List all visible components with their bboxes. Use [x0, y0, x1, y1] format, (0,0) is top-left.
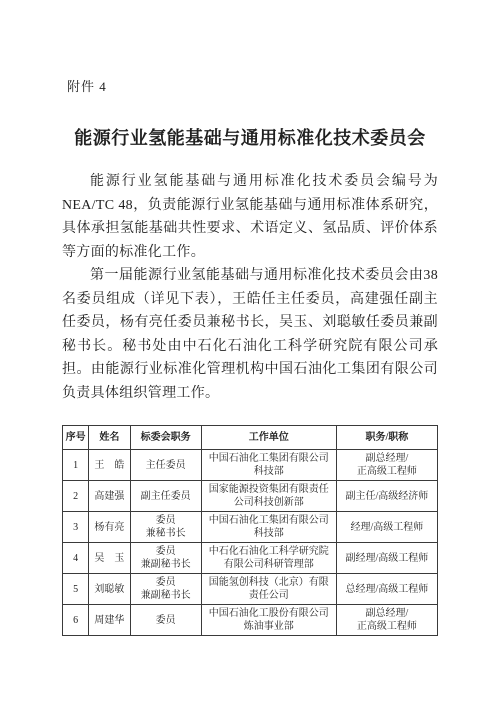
cell-serial-number: 4: [63, 543, 89, 574]
paragraph-committee-intro: 能源行业氢能基础与通用标准化技术委员会编号为NEA/TC 48，负责能源行业氢能…: [62, 170, 438, 264]
document-title: 能源行业氢能基础与通用标准化技术委员会: [62, 124, 438, 150]
cell-job-title: 副总经理/ 正高级工程师: [336, 450, 437, 481]
cell-work-unit: 中国石油化工股份有限公司 炼油事业部: [201, 605, 336, 636]
cell-work-unit: 中国石油化工集团有限公司 科技部: [201, 450, 336, 481]
cell-name: 高建强: [89, 481, 130, 512]
table-row: 4 吴 玉 委员 兼副秘书长 中石化石油化工科学研究院 有限公司科研管理部 副经…: [63, 543, 438, 574]
cell-name: 刘聪敏: [89, 574, 130, 605]
cell-job-title: 总经理/高级工程师: [336, 574, 437, 605]
header-name: 姓名: [89, 426, 130, 450]
cell-committee-position: 委员: [130, 605, 201, 636]
committee-member-table: 序号 姓名 标委会职务 工作单位 职务/职称 1 王 皓 主任委员 中国石油化工…: [62, 425, 438, 636]
body-text: 能源行业氢能基础与通用标准化技术委员会编号为NEA/TC 48，负责能源行业氢能…: [62, 170, 438, 405]
document-page: 附件 4 能源行业氢能基础与通用标准化技术委员会 能源行业氢能基础与通用标准化技…: [0, 0, 500, 707]
cell-committee-position: 委员 兼副秘书长: [130, 543, 201, 574]
cell-committee-position: 主任委员: [130, 450, 201, 481]
cell-job-title: 副总经理/ 正高级工程师: [336, 605, 437, 636]
attachment-label: 附件 4: [67, 76, 438, 95]
cell-job-title: 经理/高级工程师: [336, 512, 437, 543]
paragraph-committee-membership: 第一届能源行业氢能基础与通用标准化技术委员会由38名委员组成（详见下表），王皓任…: [62, 264, 438, 405]
cell-name: 吴 玉: [89, 543, 130, 574]
table-row: 6 周建华 委员 中国石油化工股份有限公司 炼油事业部 副总经理/ 正高级工程师: [63, 605, 438, 636]
cell-committee-position: 委员 兼副秘书长: [130, 574, 201, 605]
cell-serial-number: 1: [63, 450, 89, 481]
table-row: 1 王 皓 主任委员 中国石油化工集团有限公司 科技部 副总经理/ 正高级工程师: [63, 450, 438, 481]
cell-job-title: 副主任/高级经济师: [336, 481, 437, 512]
cell-name: 杨有亮: [89, 512, 130, 543]
cell-work-unit: 中石化石油化工科学研究院 有限公司科研管理部: [201, 543, 336, 574]
cell-committee-position: 委员 兼秘书长: [130, 512, 201, 543]
table-row: 5 刘聪敏 委员 兼副秘书长 国能氢创科技（北京）有限 责任公司 总经理/高级工…: [63, 574, 438, 605]
table-row: 3 杨有亮 委员 兼秘书长 中国石油化工集团有限公司 科技部 经理/高级工程师: [63, 512, 438, 543]
table-header-row: 序号 姓名 标委会职务 工作单位 职务/职称: [63, 426, 438, 450]
cell-name: 王 皓: [89, 450, 130, 481]
cell-serial-number: 6: [63, 605, 89, 636]
header-committee-position: 标委会职务: [130, 426, 201, 450]
cell-work-unit: 国家能源投资集团有限责任 公司科技创新部: [201, 481, 336, 512]
cell-job-title: 副经理/高级工程师: [336, 543, 437, 574]
cell-work-unit: 国能氢创科技（北京）有限 责任公司: [201, 574, 336, 605]
cell-committee-position: 副主任委员: [130, 481, 201, 512]
cell-serial-number: 3: [63, 512, 89, 543]
header-work-unit: 工作单位: [201, 426, 336, 450]
header-job-title: 职务/职称: [336, 426, 437, 450]
header-serial-number: 序号: [63, 426, 89, 450]
cell-work-unit: 中国石油化工集团有限公司 科技部: [201, 512, 336, 543]
cell-name: 周建华: [89, 605, 130, 636]
cell-serial-number: 2: [63, 481, 89, 512]
table-row: 2 高建强 副主任委员 国家能源投资集团有限责任 公司科技创新部 副主任/高级经…: [63, 481, 438, 512]
cell-serial-number: 5: [63, 574, 89, 605]
